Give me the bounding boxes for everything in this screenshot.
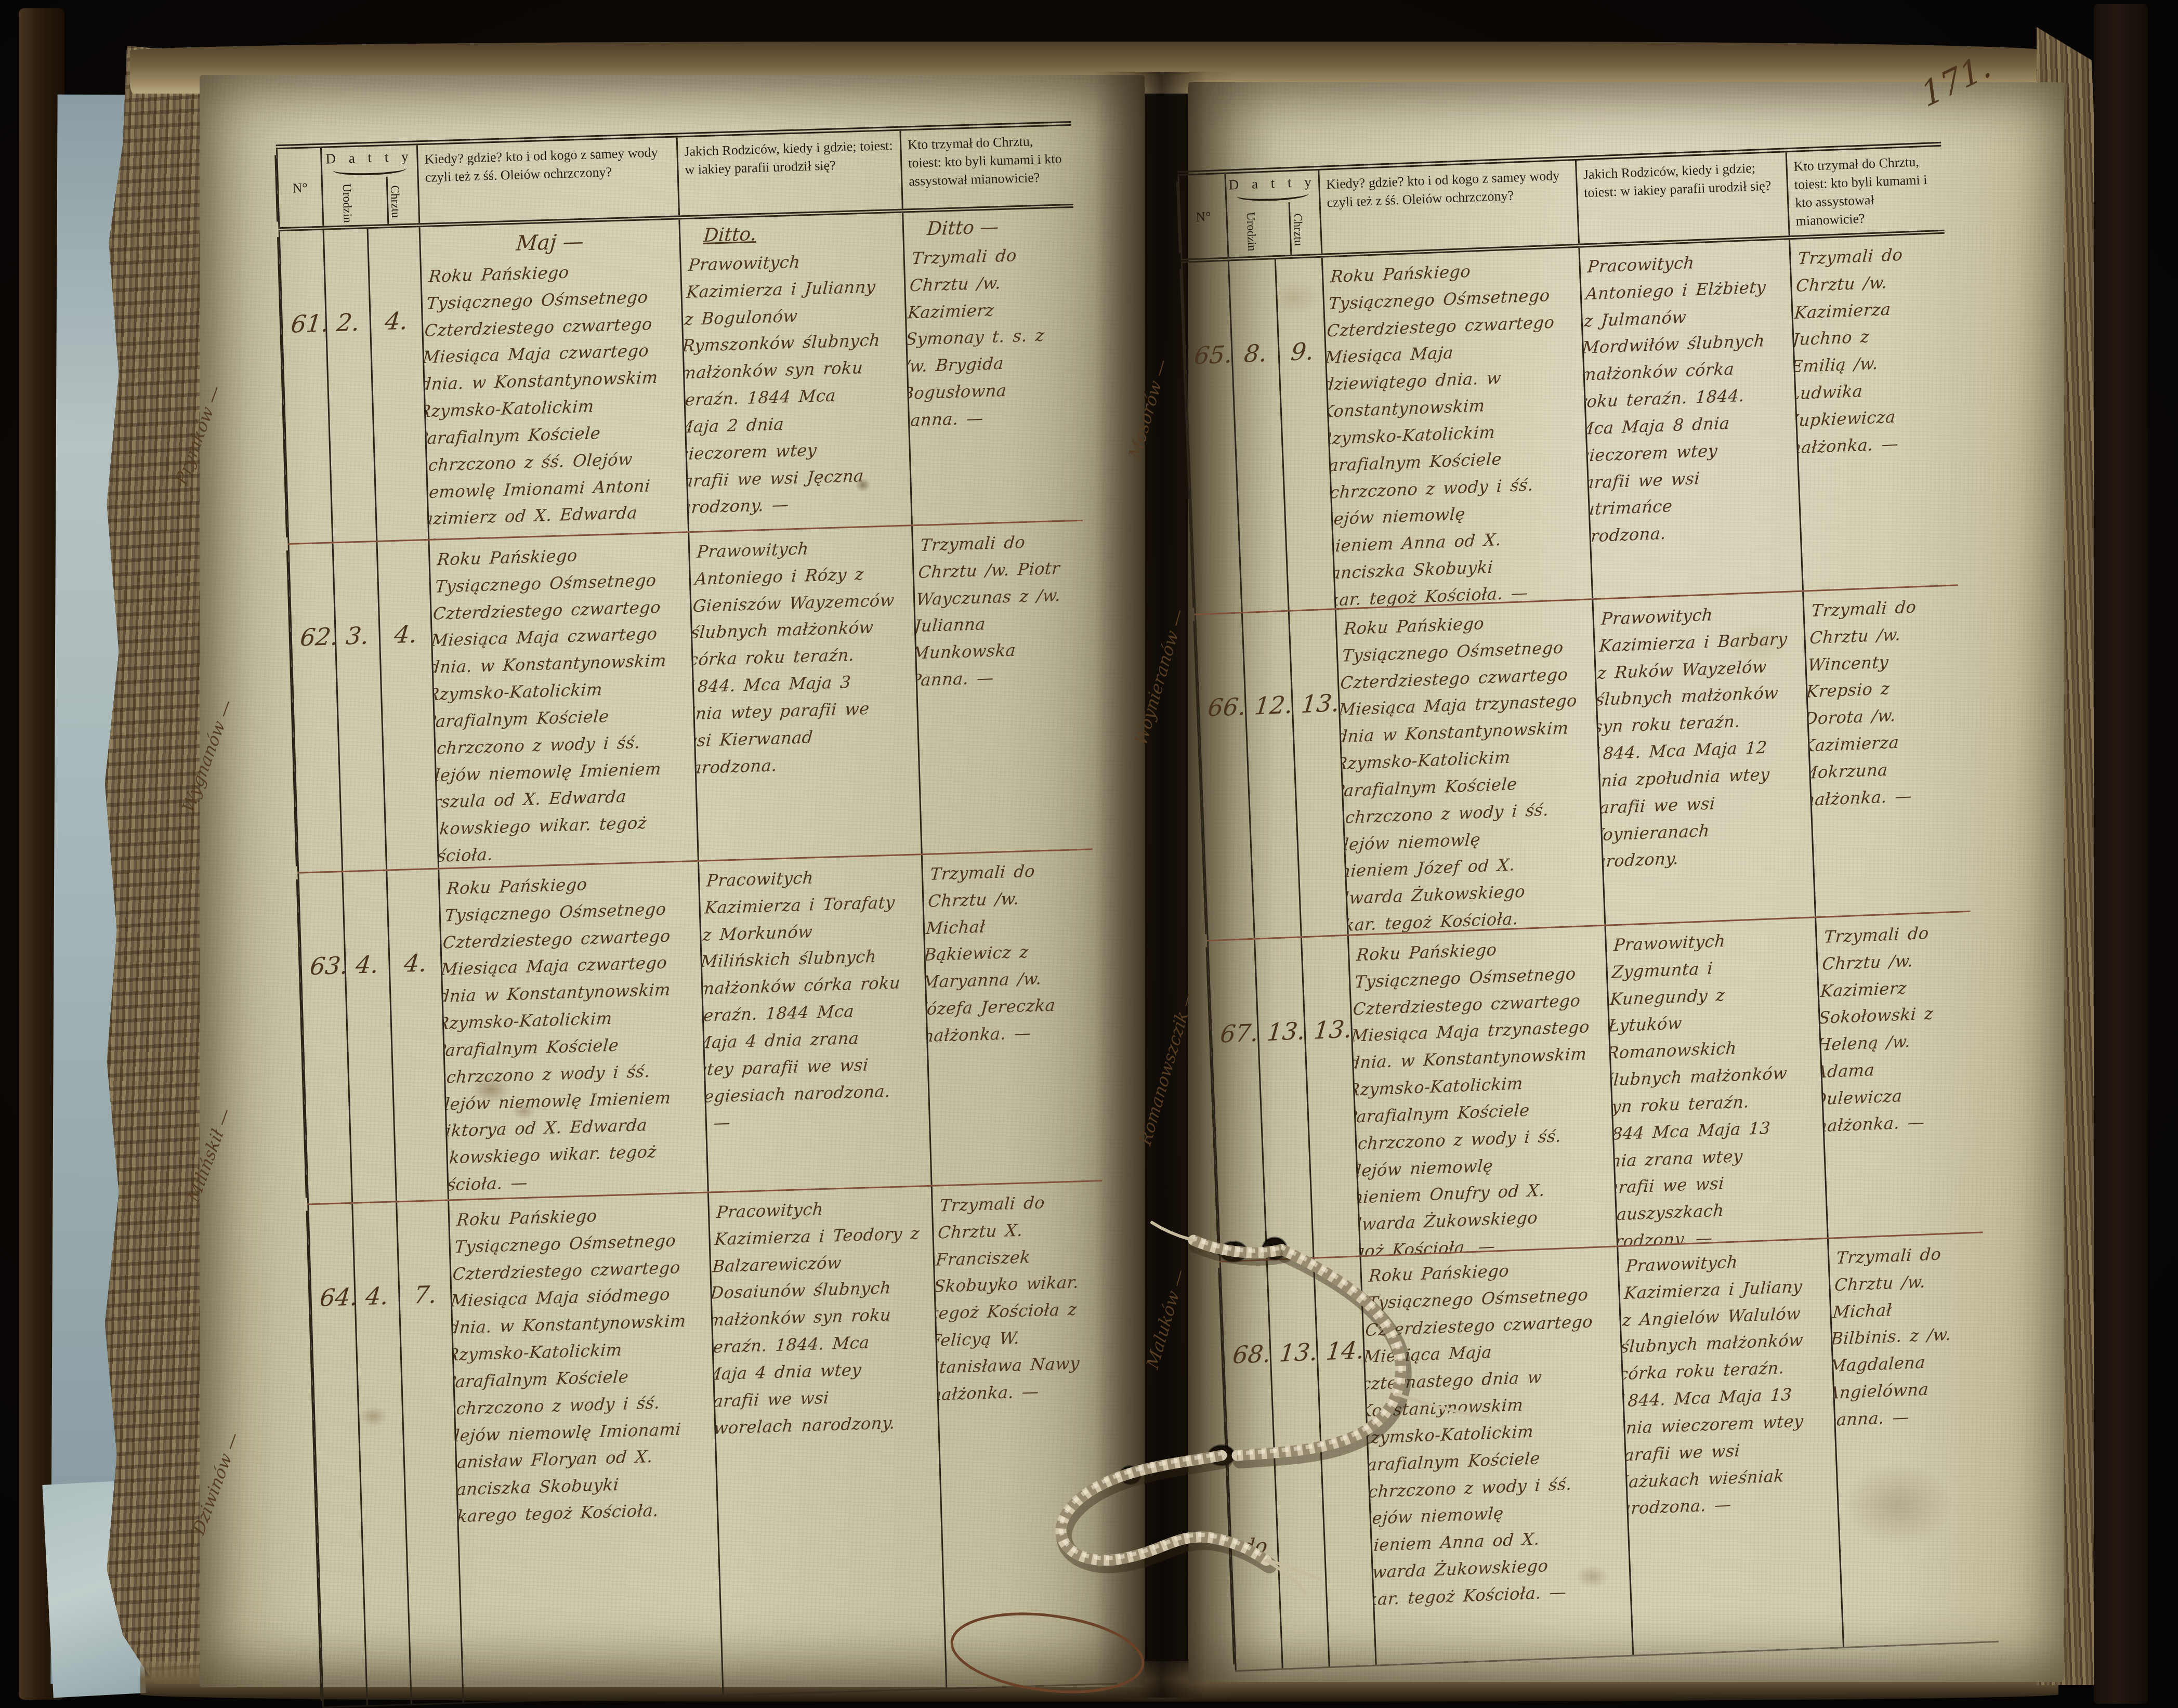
godparents-cell: Trzymali do Chrztu /w. Michał Bilbinis. …: [1827, 1233, 1999, 1647]
record-row-62: 62. 3. 4. Roku Pańskiego Tysiącznego Ośm…: [287, 520, 1092, 872]
parents-cell: Prawowitych Kazimierza i Juliany z Angie…: [1617, 1239, 1843, 1655]
record-row-66: 66. 12. 13. Roku Pańskiego Tysiącznego O…: [1195, 584, 1971, 940]
baptism-date: 14.: [1325, 1336, 1366, 1365]
register-book-photo: 171. N° D a t t y Urodzin Chrztu Kiedy? …: [0, 0, 2178, 1708]
book-cover-right-edge: [2094, 4, 2148, 1704]
baptism-date: 9.: [1289, 337, 1315, 366]
parents-cell: Pracowitych Kazimierza i Teodory z Balza…: [707, 1187, 946, 1694]
baptism-entry-text: Roku Pańskiego Tysiącznego Ośmsetnego Cz…: [1335, 607, 1584, 935]
header-kto: Kto trzymał do Chrztu, toiest: kto byli …: [1786, 147, 1945, 235]
parents-text: Prawowitych Kazimierza i Juliany z Angie…: [1617, 1245, 1819, 1523]
header-kto: Kto trzymał do Chrztu, toiest: kto byli …: [899, 126, 1073, 209]
godparents-cell: Ditto — Trzymali do Chrztu /w. Kazimierz…: [902, 208, 1083, 525]
baptism-entry-text: Roku Pańskiego Tysiącznego Ośmsetnego Cz…: [428, 540, 679, 868]
parents-cell: Prawowitych Antoniego i Rózy z Gieniszów…: [688, 526, 921, 860]
header-datty-label: D a t t y: [1226, 174, 1319, 193]
right-page-table: N° D a t t y Urodzin Chrztu Kiedy? gdzie…: [1177, 142, 1999, 1672]
godparents-text: Trzymali do Chrztu /w. Michał Bilbinis. …: [1827, 1240, 1975, 1434]
header-datty-label: D a t t y: [322, 148, 417, 167]
parents-cell: Prawowitych Zygmunta i Kunegundy z Łytuk…: [1604, 918, 1827, 1245]
baptism-date: 4.: [402, 949, 428, 978]
birth-date: 13.: [1278, 1337, 1319, 1367]
baptism-entry-text: Roku Pańskiego Tysiącznego Ośmsetnego Cz…: [1321, 254, 1570, 608]
baptism-date: 13.: [1313, 1015, 1354, 1044]
godparents-text: Trzymali do Chrztu /w. Piotr Wayczunas z…: [911, 528, 1074, 694]
header-kiedy: Kiedy? gdzie? kto i od kogo z samey wody…: [416, 138, 678, 224]
godparents-text: Trzymali do Chrztu /w. Wincenty Krepsio …: [1802, 593, 1950, 814]
header-rodzicow: Jakich Rodziców, kiedy i gdzie; toiest: …: [1575, 152, 1789, 243]
parents-text: Prawowitych Kazimierza i Julianny z Bogu…: [678, 246, 895, 522]
parents-text: Pracowitych Kazimierza i Teodory z Balza…: [707, 1193, 923, 1442]
baptism-entry-cell: Roku Pańskiego Tysiącznego Ośmsetnego Cz…: [1360, 1247, 1633, 1664]
record-number: 61.: [290, 309, 331, 338]
birth-date: 4.: [355, 950, 381, 979]
record-number: 62.: [299, 622, 340, 651]
godparents-cell: Trzymali do Chrztu /w. Kazimierz Sokołow…: [1815, 912, 1983, 1238]
marginal-do-mark: do: [1239, 1534, 1270, 1559]
month-heading: Maj —: [428, 227, 672, 258]
ditto-mark: Ditto.: [703, 219, 895, 246]
parents-text: Prawowitych Antoniego i Rózy z Gieniszów…: [688, 533, 903, 782]
header-rodzicow: Jakich Rodziców, kiedy i gdzie; toiest: …: [676, 131, 902, 216]
godparents-cell: Trzymali do Chrztu /w. Piotr Wayczunas z…: [911, 521, 1093, 854]
godparents-cell: Trzymali do Chrztu /w. Kazimierza Juchno…: [1789, 234, 1958, 590]
godparents-cell: Trzymali do Chrztu /w. Wincenty Krepsio …: [1802, 586, 1971, 916]
birth-date: 3.: [345, 621, 371, 650]
record-number: 65.: [1193, 340, 1234, 370]
left-page-table: N° D a t t y Urodzin Chrztu Kiedy? gdzie…: [276, 121, 1118, 1708]
godparents-text: Trzymali do Chrztu /w. Kazimierz Sokołow…: [1815, 918, 1962, 1140]
parents-text: Pracowitych Kazimierza i Torafaty z Mork…: [698, 862, 913, 1138]
record-row-65: 65. 8. 9. Roku Pańskiego Tysiącznego Ośm…: [1181, 234, 1958, 614]
godparents-text: Trzymali do Chrztu /w. Michał Bąkiewicz …: [921, 857, 1084, 1050]
parents-text: Prawowitych Zygmunta i Kunegundy z Łytuk…: [1604, 925, 1806, 1245]
record-row-67: 67. 13. 13. Roku Pańskiego Tysiącznego O…: [1207, 911, 1983, 1261]
birth-date: 4.: [364, 1282, 390, 1311]
datty-brace-ornament: [333, 166, 406, 176]
birth-date: 2.: [335, 308, 361, 337]
parents-cell: Ditto. Prawowitych Kazimierza i Julianny…: [678, 213, 911, 531]
baptism-date-cell: 4.: [367, 227, 428, 541]
parents-cell: Pracowitych Antoniego i Elżbiety z Julma…: [1578, 240, 1802, 598]
record-row-68: 68. do 13. 14. Roku Pańskiego Tysiączneg…: [1219, 1231, 1999, 1670]
ditto-mark: Ditto —: [926, 214, 1067, 240]
datty-brace-ornament: [1237, 191, 1309, 202]
godparents-text: Trzymali do Chrztu /w. Kazimierza Juchno…: [1789, 240, 1936, 462]
header-kiedy: Kiedy? gdzie? kto i od kogo z samey wody…: [1318, 161, 1578, 254]
record-number: 64.: [319, 1283, 360, 1312]
record-row-63: 63. 4. 4. Roku Pańskiego Tysiącznego Ośm…: [297, 848, 1102, 1203]
baptism-entry-cell: Roku Pańskiego Tysiącznego Ośmsetnego Cz…: [438, 862, 707, 1200]
baptism-date-cell: 4.: [386, 870, 448, 1201]
baptism-entry-text: Roku Pańskiego Tysiącznego Ośmsetnego Cz…: [1347, 932, 1596, 1255]
baptism-entry-cell: Maj — Roku Pańskiego Tysiącznego Ośmsetn…: [419, 219, 688, 539]
godparents-cell: Trzymali do Chrztu X. Franciszek Skobuyk…: [931, 1181, 1117, 1688]
header-chrztu: Chrztu: [386, 176, 403, 224]
record-row-64: 64. 4. 7. Roku Pańskiego Tysiącznego Ośm…: [307, 1180, 1117, 1706]
baptism-date: 4.: [383, 307, 409, 336]
baptism-entry-text: Roku Pańskiego Tysiącznego Ośmsetnego Cz…: [438, 868, 689, 1199]
record-number: 67.: [1219, 1018, 1260, 1048]
header-no: N°: [1177, 174, 1227, 259]
baptism-date-cell: 4.: [376, 541, 438, 870]
record-number: 68.: [1231, 1339, 1272, 1369]
parents-cell: Pracowitych Kazimierza i Torafaty z Mork…: [698, 855, 931, 1191]
header-urodzin: Urodzin: [1243, 203, 1259, 256]
header-urodzin: Urodzin: [339, 178, 355, 226]
baptism-date: 7.: [412, 1280, 438, 1309]
godparents-text: Trzymali do Chrztu /w. Kazimierz Symonay…: [902, 241, 1066, 435]
baptism-entry-text: Roku Pańskiego Tysiącznego Ośmsetnego Cz…: [1360, 1254, 1609, 1614]
baptism-date: 13.: [1300, 689, 1341, 718]
record-row-61: 61. 2. 4. Maj — Roku Pańskiego Tysiączne…: [279, 208, 1083, 543]
birth-date: 8.: [1242, 339, 1268, 368]
baptism-entry-cell: Roku Pańskiego Tysiącznego Ośmsetnego Cz…: [448, 1193, 722, 1702]
baptism-entry-text: Roku Pańskiego Tysiącznego Ośmsetnego Cz…: [448, 1200, 699, 1558]
godparents-text: Trzymali do Chrztu X. Franciszek Skobuyk…: [931, 1188, 1094, 1409]
header-datty: D a t t y Urodzin Chrztu: [320, 145, 418, 226]
parents-text: Prawowitych Kazimierza i Barbary z Ruków…: [1592, 598, 1794, 876]
header-chrztu: Chrztu: [1289, 202, 1306, 255]
record-number: 66.: [1206, 692, 1248, 722]
baptism-entry-cell: Roku Pańskiego Tysiącznego Ośmsetnego Cz…: [1335, 600, 1605, 935]
margin-note-village: Maluków —: [1143, 1266, 1190, 1372]
birth-date: 13.: [1266, 1017, 1307, 1046]
baptism-entry-cell: Roku Pańskiego Tysiącznego Ośmsetnego Cz…: [428, 533, 697, 868]
godparents-cell: Trzymali do Chrztu /w. Michał Bąkiewicz …: [921, 850, 1103, 1185]
baptism-entry-text: Roku Pańskiego Tysiącznego Ośmsetnego Cz…: [419, 256, 672, 539]
birth-date: 12.: [1253, 690, 1294, 720]
header-datty: D a t t y Urodzin Chrztu: [1224, 170, 1321, 257]
parents-text: Pracowitych Antoniego i Elżbiety z Julma…: [1578, 246, 1780, 551]
record-number: 63.: [309, 951, 350, 980]
baptism-entry-cell: Roku Pańskiego Tysiącznego Ośmsetnego Cz…: [1347, 926, 1617, 1256]
baptism-entry-cell: Roku Pańskiego Tysiącznego Ośmsetnego Cz…: [1321, 248, 1592, 609]
parents-cell: Prawowitych Kazimierza i Barbary z Ruków…: [1592, 592, 1815, 925]
baptism-date: 4.: [392, 620, 418, 649]
header-no: N°: [276, 148, 322, 227]
